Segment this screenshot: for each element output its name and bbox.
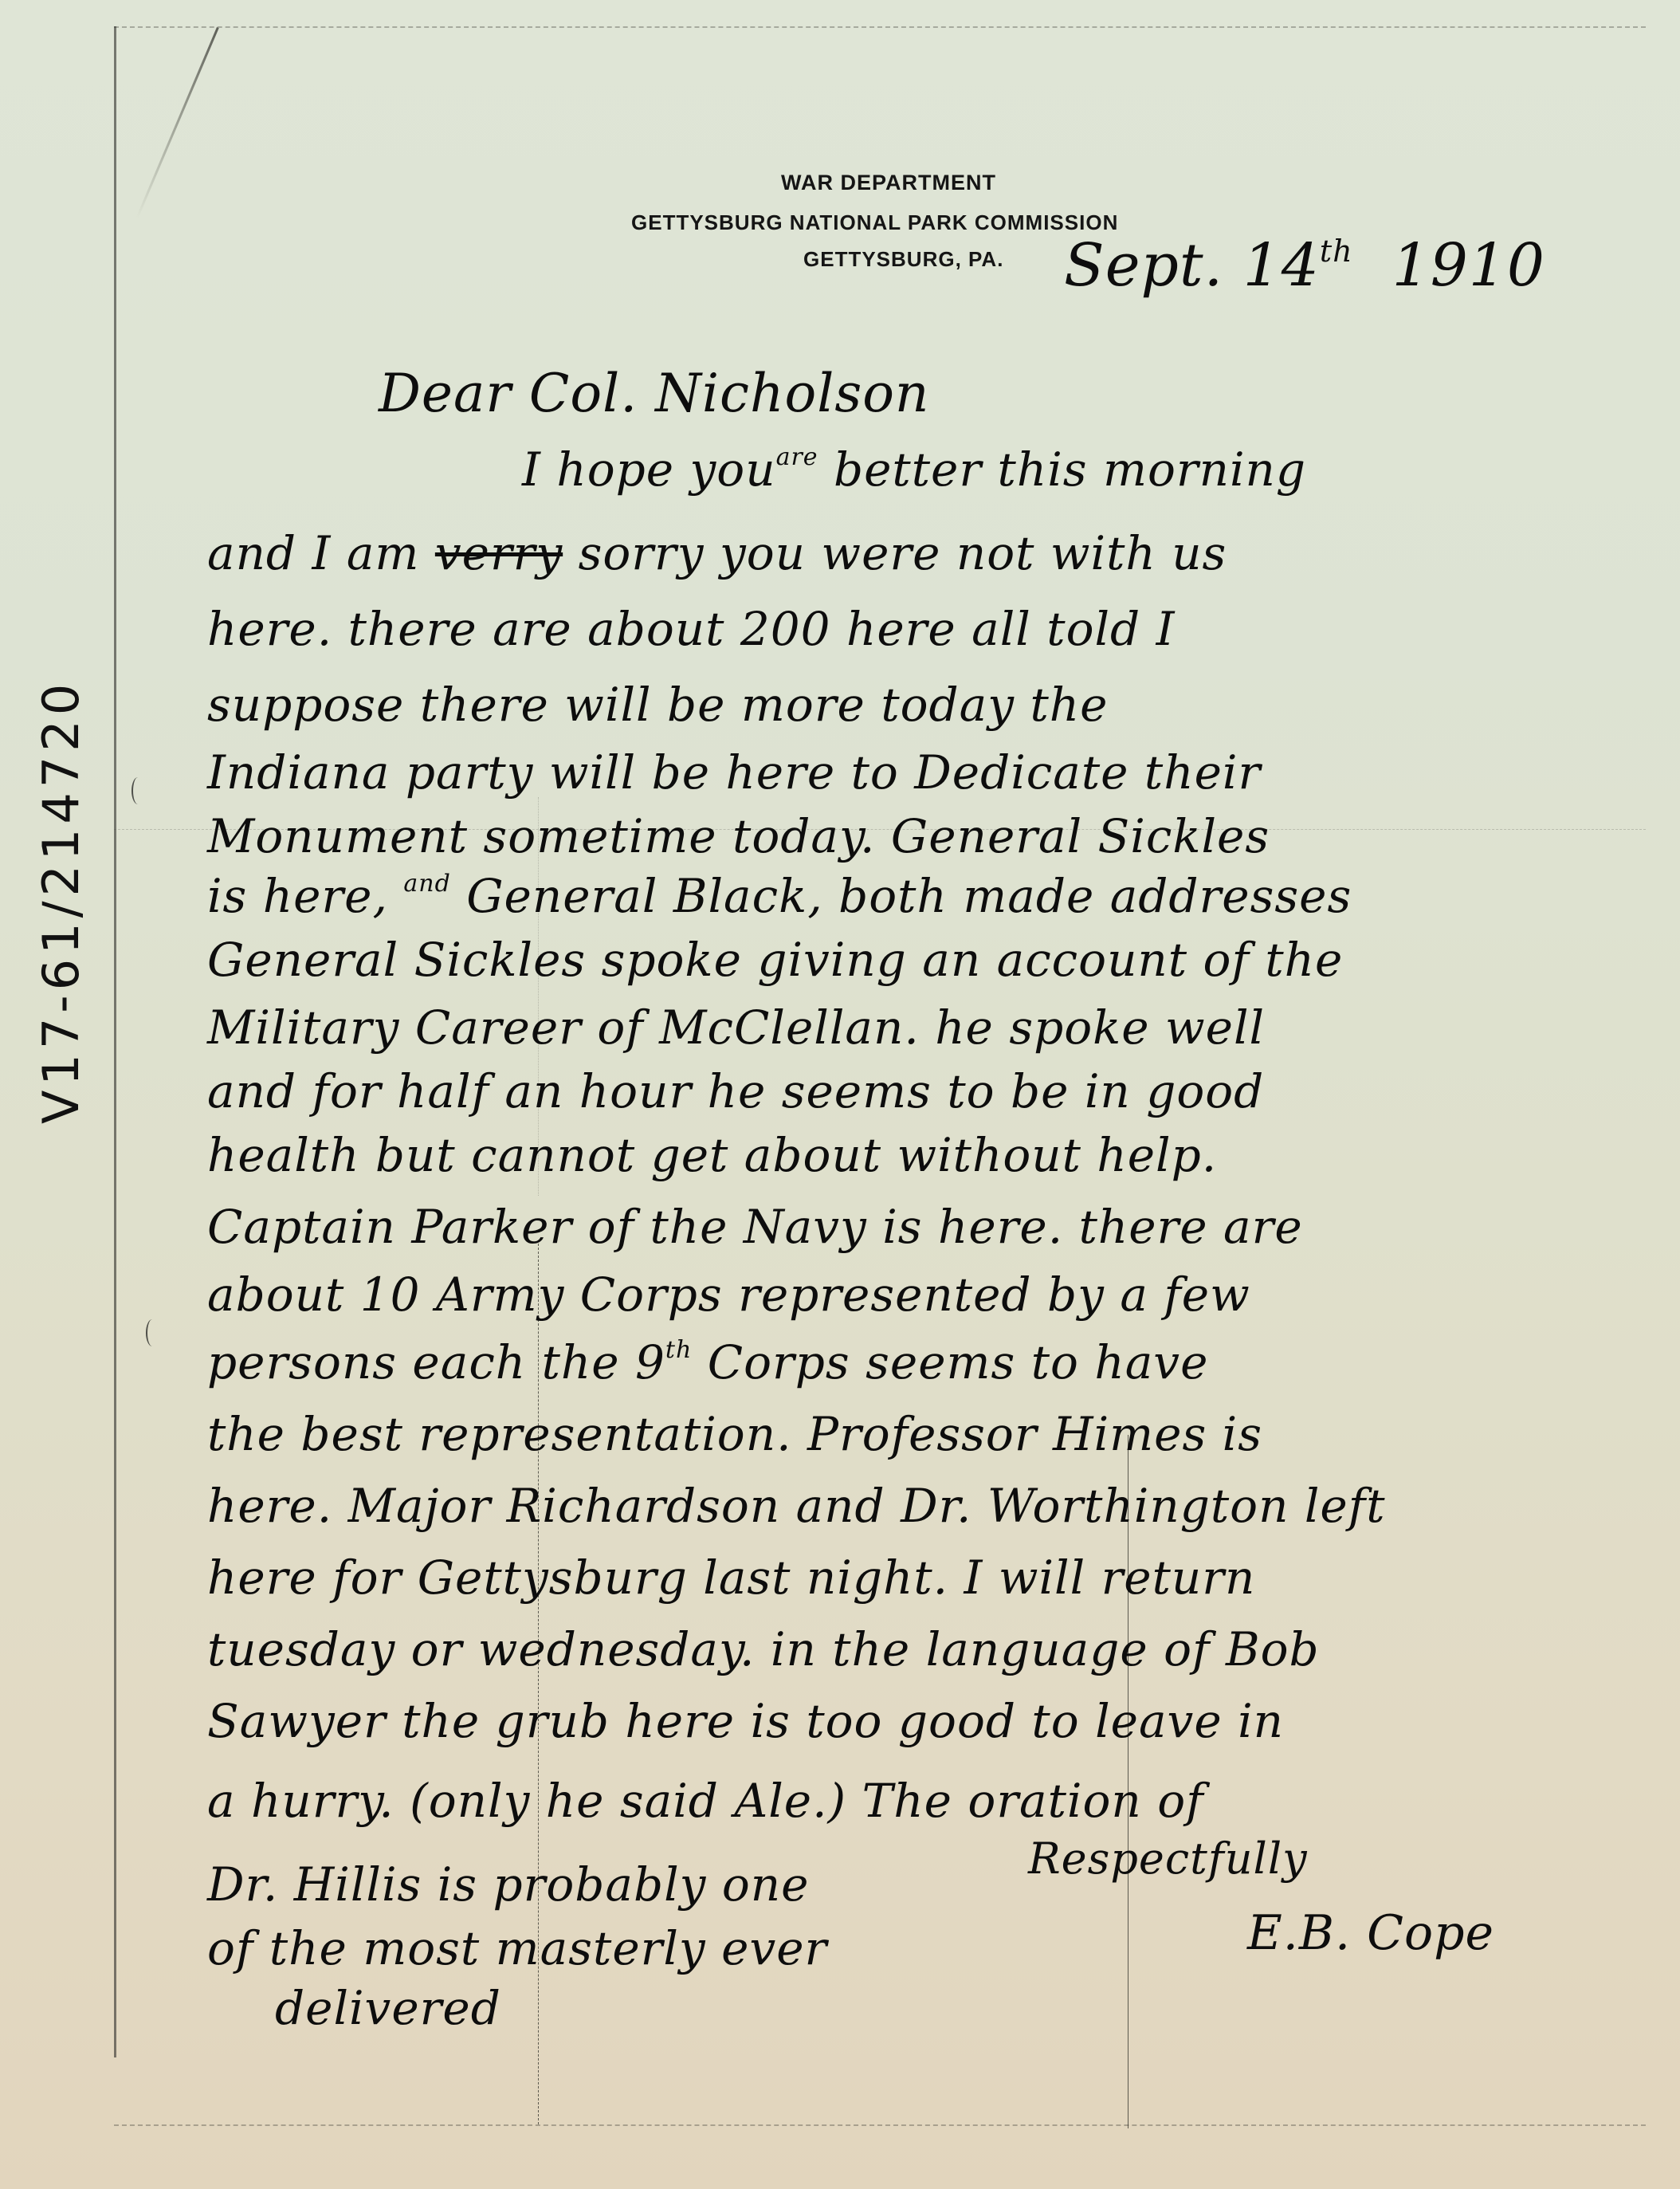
body-line: suppose there will be more today the — [207, 678, 1108, 732]
body-line: tuesday or wednesday. in the language of… — [207, 1622, 1320, 1676]
body-line: Indiana party will be here to Dedicate t… — [207, 745, 1261, 800]
body-line: Sawyer the grub here is too good to leav… — [207, 1694, 1284, 1748]
paper-edge-left — [114, 26, 116, 2057]
paper-edge-bottom — [114, 2124, 1646, 2126]
paper-edge-top — [114, 26, 1646, 28]
body-line: and for half an hour he seems to be in g… — [207, 1064, 1264, 1118]
struck-word: verry — [435, 526, 563, 580]
body-line: of the most masterly ever — [207, 1921, 827, 1975]
body-line: Military Career of McClellan. he spoke w… — [207, 1000, 1265, 1055]
body-line: here. Major Richardson and Dr. Worthingt… — [207, 1479, 1386, 1533]
body-line: the best representation. Professor Himes… — [207, 1407, 1262, 1461]
body-line: Captain Parker of the Navy is here. ther… — [207, 1200, 1303, 1254]
body-line: here. there are about 200 here all told … — [207, 602, 1176, 656]
margin-punch-mark-upper — [131, 777, 144, 804]
body-line: here for Gettysburg last night. I will r… — [207, 1550, 1255, 1605]
body-line: and I am verry sorry you were not with u… — [207, 526, 1227, 580]
body-line: I hope youare better this morning — [522, 442, 1306, 497]
closing: Respectfully — [1028, 1833, 1308, 1884]
body-line: health but cannot get about without help… — [207, 1128, 1217, 1182]
body-line: about 10 Army Corps represented by a few — [207, 1267, 1250, 1322]
date-month-day: Sept. 14 — [1064, 231, 1320, 300]
archive-catalog-number: V17-61/214720 — [32, 679, 90, 1124]
inserted-word: are — [776, 443, 818, 471]
inserted-word: and — [403, 870, 450, 898]
margin-punch-mark-lower — [146, 1319, 159, 1346]
date-ordinal: th — [1320, 234, 1353, 269]
letterhead-location: GETTYSBURG, PA. — [803, 247, 1003, 272]
body-line: Monument sometime today. General Sickles — [207, 809, 1270, 863]
body-line: delivered — [275, 1981, 501, 2035]
body-line: General Sickles spoke giving an account … — [207, 933, 1343, 987]
corner-fold-line — [135, 27, 218, 219]
date-year: 1910 — [1392, 231, 1545, 300]
letterhead-department: WAR DEPARTMENT — [781, 171, 996, 195]
letterhead-commission: GETTYSBURG NATIONAL PARK COMMISSION — [631, 210, 1118, 235]
body-line: Dr. Hillis is probably one — [207, 1857, 809, 1912]
ordinal-suffix: th — [665, 1336, 692, 1364]
body-line: a hurry. (only he said Ale.) The oration… — [207, 1774, 1204, 1828]
letter-date: Sept. 14th 1910 — [1064, 231, 1545, 300]
body-line: is here, and General Black, both made ad… — [207, 869, 1352, 923]
body-line: persons each the 9th Corps seems to have — [207, 1335, 1208, 1389]
signature: E.B. Cope — [1247, 1905, 1494, 1961]
salutation: Dear Col. Nicholson — [379, 363, 929, 424]
